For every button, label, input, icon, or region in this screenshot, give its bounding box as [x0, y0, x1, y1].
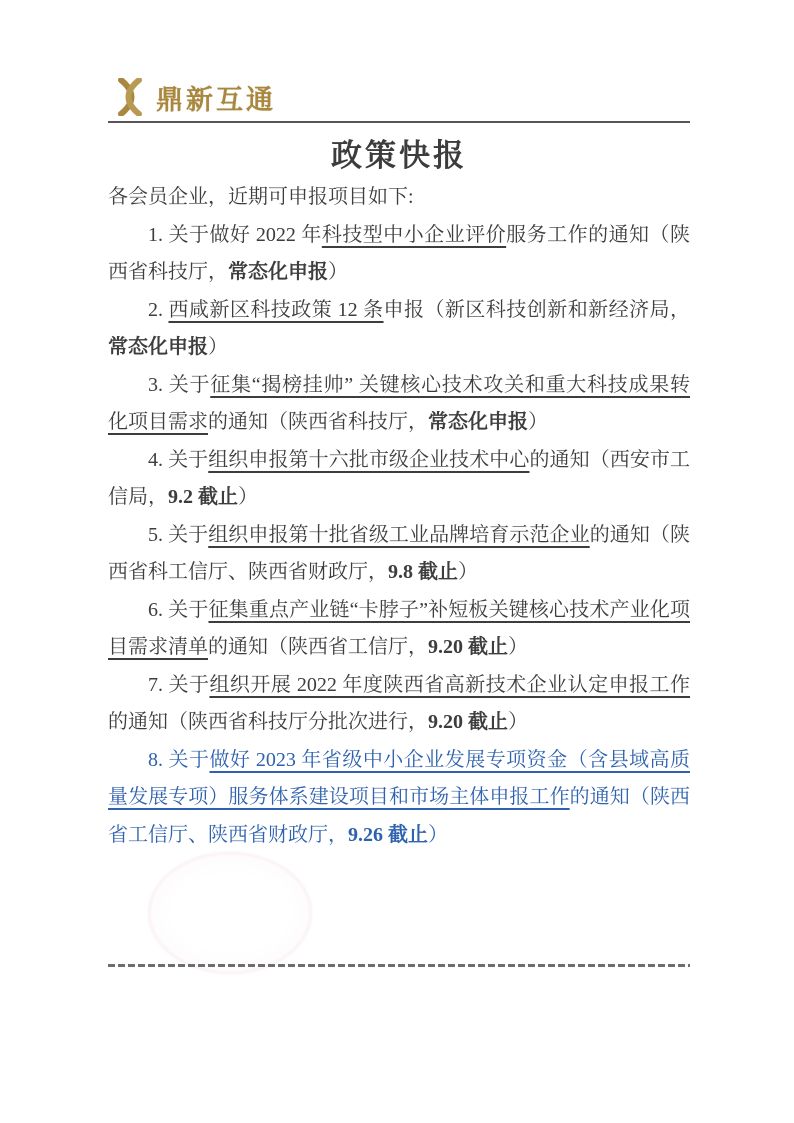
notice-item: 1. 关于做好 2022 年科技型中小企业评价服务工作的通知（陕西省科技厅，常态…: [108, 217, 690, 292]
document-body: 各会员企业，近期可申报项目如下: 1. 关于做好 2022 年科技型中小企业评价…: [108, 179, 690, 854]
header-divider: [108, 121, 690, 123]
text-segment: 西咸新区科技政策 12 条: [168, 299, 383, 321]
text-segment: 的通知（陕西省科技厅分批次进行，: [108, 711, 428, 733]
text-segment: ）: [238, 486, 258, 508]
text-segment: 常态化申报: [428, 411, 528, 433]
text-segment: 的通知（陕西省科技厅，: [208, 411, 428, 433]
text-segment: 9.2 截止: [168, 486, 238, 508]
faint-stamp-mark: [148, 852, 312, 974]
text-segment: ）: [208, 336, 228, 358]
text-segment: 4. 关于: [148, 449, 208, 471]
notice-item: 8. 关于做好 2023 年省级中小企业发展专项资金（含县域高质量发展专项）服务…: [108, 742, 690, 855]
text-segment: ）: [428, 824, 448, 846]
dashed-divider: [108, 964, 690, 967]
text-segment: 9.20 截止: [428, 636, 508, 658]
notice-item: 3. 关于征集“揭榜挂帅” 关键核心技术攻关和重大科技成果转化项目需求的通知（陕…: [108, 367, 690, 442]
text-segment: 申报（新区科技创新和新经济局，: [384, 299, 690, 321]
text-segment: 9.8 截止: [388, 561, 458, 583]
notice-list: 1. 关于做好 2022 年科技型中小企业评价服务工作的通知（陕西省科技厅，常态…: [108, 217, 690, 855]
text-segment: 2.: [148, 299, 168, 321]
notice-item: 7. 关于组织开展 2022 年度陕西省高新技术企业认定申报工作的通知（陕西省科…: [108, 667, 690, 742]
page-title: 政策快报: [108, 130, 690, 175]
text-segment: 9.20 截止: [428, 711, 508, 733]
text-segment: 1. 关于做好 2022 年: [148, 224, 322, 246]
company-logo-text: 鼎新互通: [156, 78, 276, 117]
text-segment: 9.26 截止: [348, 824, 428, 846]
text-segment: 8. 关于: [148, 749, 209, 771]
text-segment: ）: [508, 636, 528, 658]
text-segment: 的通知（陕西省工信厅，: [208, 636, 428, 658]
text-segment: 常态化申报: [228, 261, 328, 283]
text-segment: ）: [508, 711, 528, 733]
notice-item: 4. 关于组织申报第十六批市级企业技术中心的通知（西安市工信局，9.2 截止）: [108, 442, 690, 517]
text-segment: 组织申报第十六批市级企业技术中心: [208, 449, 529, 471]
text-segment: 6. 关于: [148, 599, 208, 621]
text-segment: ）: [528, 411, 548, 433]
text-segment: 组织申报第十批省级工业品牌培育示范企业: [208, 524, 589, 546]
text-segment: 3. 关于: [148, 374, 210, 396]
scanned-page: 鼎新互通 政策快报 各会员企业，近期可申报项目如下: 1. 关于做好 2022 …: [0, 0, 794, 1123]
text-segment: ）: [458, 561, 478, 583]
dingxin-emblem-icon: [110, 78, 150, 116]
intro-line: 各会员企业，近期可申报项目如下:: [108, 179, 690, 217]
company-logo: 鼎新互通: [110, 76, 276, 118]
text-segment: ）: [328, 261, 348, 283]
text-segment: 组织开展 2022 年度陕西省高新技术企业认定申报工作: [209, 674, 690, 696]
notice-item: 5. 关于组织申报第十批省级工业品牌培育示范企业的通知（陕西省科工信厅、陕西省财…: [108, 517, 690, 592]
notice-item: 6. 关于征集重点产业链“卡脖子”补短板关键核心技术产业化项目需求清单的通知（陕…: [108, 592, 690, 667]
text-segment: 常态化申报: [108, 336, 208, 358]
text-segment: 科技型中小企业评价: [322, 224, 506, 246]
notice-item: 2. 西咸新区科技政策 12 条申报（新区科技创新和新经济局，常态化申报）: [108, 292, 690, 367]
text-segment: 7. 关于: [148, 674, 209, 696]
text-segment: 5. 关于: [148, 524, 208, 546]
